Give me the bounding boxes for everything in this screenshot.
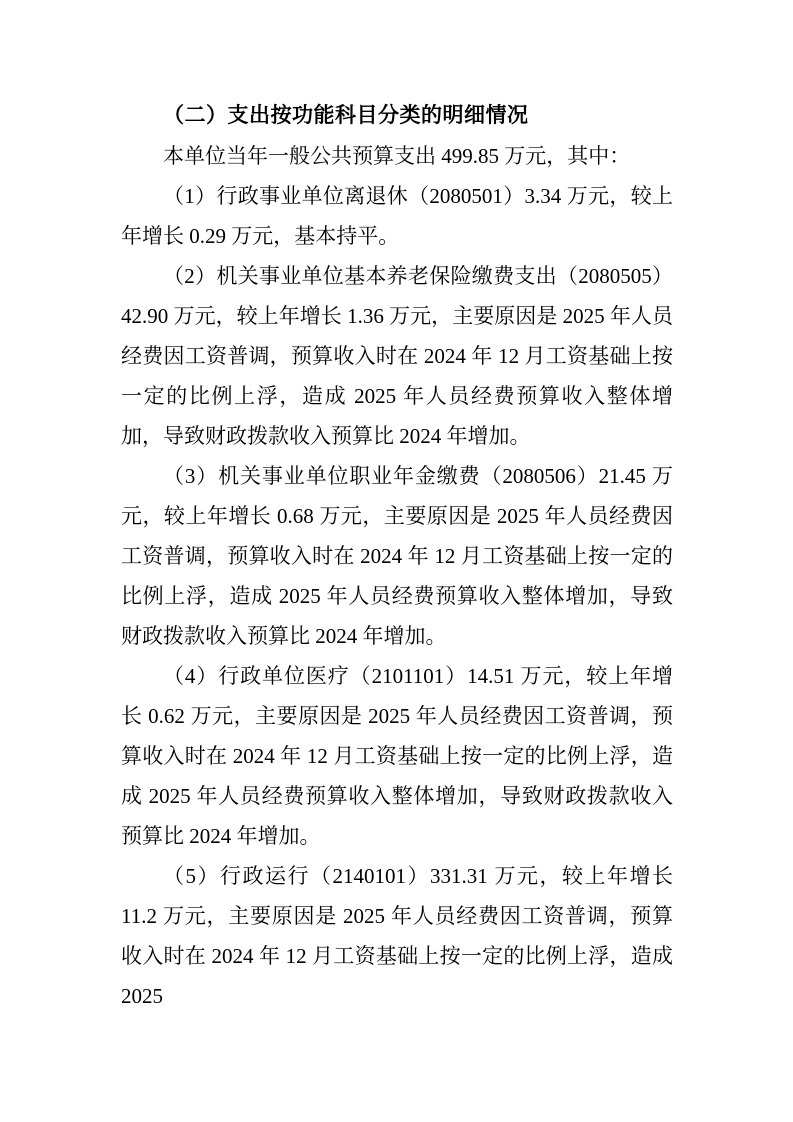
item-1-paragraph: （1）行政事业单位离退休（2080501）3.34 万元，较上年增长 0.29 … (121, 176, 673, 256)
intro-paragraph: 本单位当年一般公共预算支出 499.85 万元，其中： (121, 136, 673, 176)
document-page: （二）支出按功能科目分类的明细情况 本单位当年一般公共预算支出 499.85 万… (0, 0, 793, 1122)
document-content: （二）支出按功能科目分类的明细情况 本单位当年一般公共预算支出 499.85 万… (0, 0, 793, 1016)
item-3-paragraph: （3）机关事业单位职业年金缴费（2080506）21.45 万元，较上年增长 0… (121, 456, 673, 656)
item-5-paragraph: （5）行政运行（2140101）331.31 万元，较上年增长 11.2 万元，… (121, 856, 673, 1016)
item-2-paragraph: （2）机关事业单位基本养老保险缴费支出（2080505）42.90 万元，较上年… (121, 256, 673, 456)
item-4-paragraph: （4）行政单位医疗（2101101）14.51 万元，较上年增长 0.62 万元… (121, 656, 673, 856)
section-heading: （二）支出按功能科目分类的明细情况 (121, 96, 673, 136)
